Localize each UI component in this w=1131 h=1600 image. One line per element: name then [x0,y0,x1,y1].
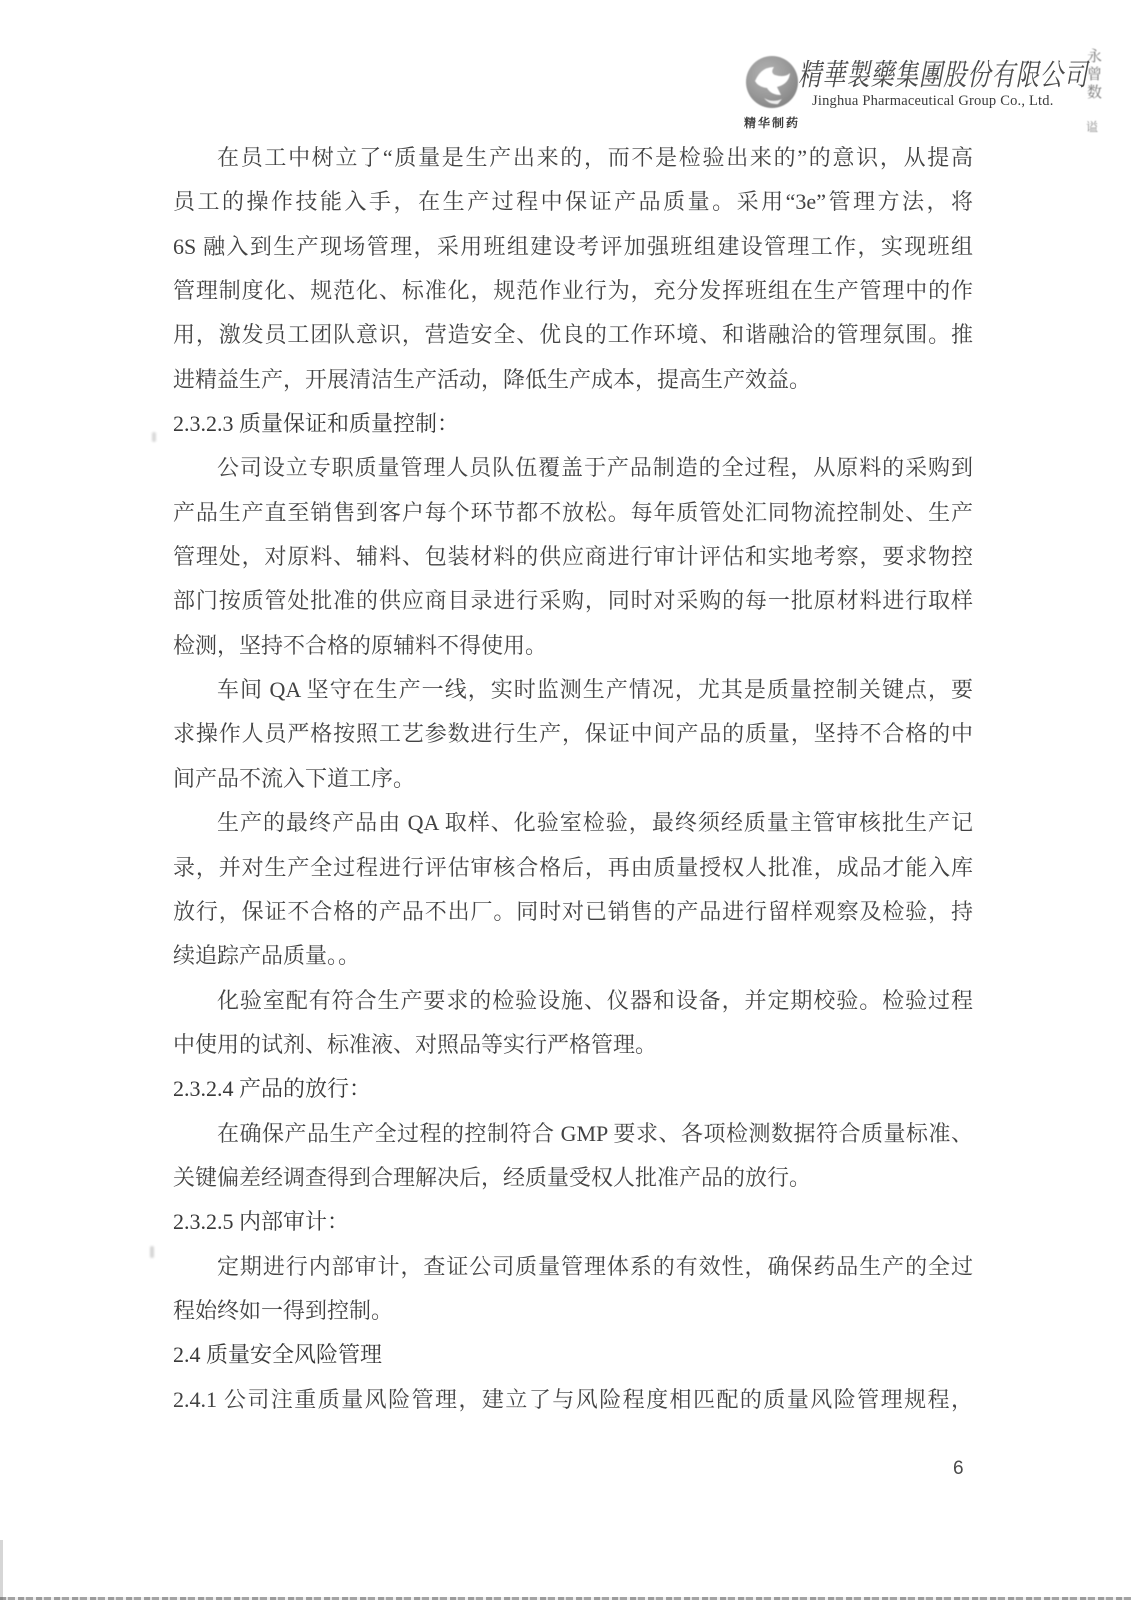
text-line: 续追踪产品质量。。 [173,934,973,978]
text-line: 2.3.2.4 产品的放行： [173,1067,973,1111]
text-line: 2.4 质量安全风险管理 [173,1333,973,1377]
text-line: 检测，坚持不合格的原辅料不得使用。 [173,624,973,668]
text-line: 放行，保证不合格的产品不出厂。同时对已销售的产品进行留样观察及检验，持 [173,890,973,934]
text-line: 中使用的试剂、标准液、对照品等实行严格管理。 [173,1023,973,1067]
text-line: 2.3.2.5 内部审计： [173,1200,973,1244]
scan-artifact-left-edge [0,1540,3,1600]
text-line: 在确保产品生产全过程的控制符合 GMP 要求、各项检测数据符合质量标准、 [173,1112,973,1156]
text-line: 录，并对生产全过程进行评估审核合格后，再由质量授权人批准，成品才能入库 [173,846,973,890]
logo-caption: 精华制药 [730,114,814,131]
text-line: 管理处，对原料、辅料、包装材料的供应商进行审计评估和实地考察，要求物控 [173,535,973,579]
text-line: 员工的操作技能入手，在生产过程中保证产品质量。采用“3e”管理方法，将 [173,180,973,224]
scan-speck [150,1246,154,1258]
text-line: 在员工中树立了“质量是生产出来的，而不是检验出来的”的意识，从提高 [173,136,973,180]
scan-speck [152,432,156,442]
text-line: 程始终如一得到控制。 [173,1289,973,1333]
page-number: 6 [953,1458,964,1480]
handwritten-inscription: 永曾数 [1085,48,1101,102]
text-line: 生产的最终产品由 QA 取样、化验室检验，最终须经质量主管审核批生产记 [173,801,973,845]
text-line: 部门按质管处批准的供应商目录进行采购，同时对采购的每一批原材料进行取样 [173,579,973,623]
company-name-english: Jinghua Pharmaceutical Group Co., Ltd. [812,93,1054,110]
text-line: 化验室配有符合生产要求的检验设施、仪器和设备，并定期校验。检验过程 [173,979,973,1023]
document-page: 精华制药 精華製藥集團股份有限公司 Jinghua Pharmaceutical… [0,0,1131,1600]
text-line: 车间 QA 坚守在生产一线，实时监测生产情况，尤其是质量控制关键点，要 [173,668,973,712]
text-line: 用，激发员工团队意识，营造安全、优良的工作环境、和谐融洽的管理氛围。推 [173,313,973,357]
logo-dove-icon [744,54,800,110]
text-line: 管理制度化、规范化、标准化，规范作业行为，充分发挥班组在生产管理中的作 [173,269,973,313]
text-line: 求操作人员严格按照工艺参数进行生产，保证中间产品的质量，坚持不合格的中 [173,712,973,756]
text-line: 公司设立专职质量管理人员队伍覆盖于产品制造的全过程，从原料的采购到 [173,446,973,490]
company-name-chinese: 精華製藥集團股份有限公司 [798,50,1088,94]
document-body: 在员工中树立了“质量是生产出来的，而不是检验出来的”的意识，从提高员工的操作技能… [173,136,973,1422]
text-line: 产品生产直至销售到客户每个环节都不放松。每年质管处汇同物流控制处、生产 [173,491,973,535]
text-line: 定期进行内部审计，查证公司质量管理体系的有效性，确保药品生产的全过 [173,1245,973,1289]
text-line: 2.3.2.3 质量保证和质量控制： [173,402,973,446]
handwritten-inscription-seal: 谥 [1086,118,1098,135]
text-line: 6S 融入到生产现场管理，采用班组建设考评加强班组建设管理工作，实现班组 [173,225,973,269]
text-line: 间产品不流入下道工序。 [173,757,973,801]
text-line: 关键偏差经调查得到合理解决后，经质量受权人批准产品的放行。 [173,1156,973,1200]
text-line: 进精益生产，开展清洁生产活动，降低生产成本，提高生产效益。 [173,358,973,402]
text-line: 2.4.1 公司注重质量风险管理，建立了与风险程度相匹配的质量风险管理规程， [173,1378,973,1422]
company-header: 精华制药 精華製藥集團股份有限公司 Jinghua Pharmaceutical… [0,0,1131,140]
